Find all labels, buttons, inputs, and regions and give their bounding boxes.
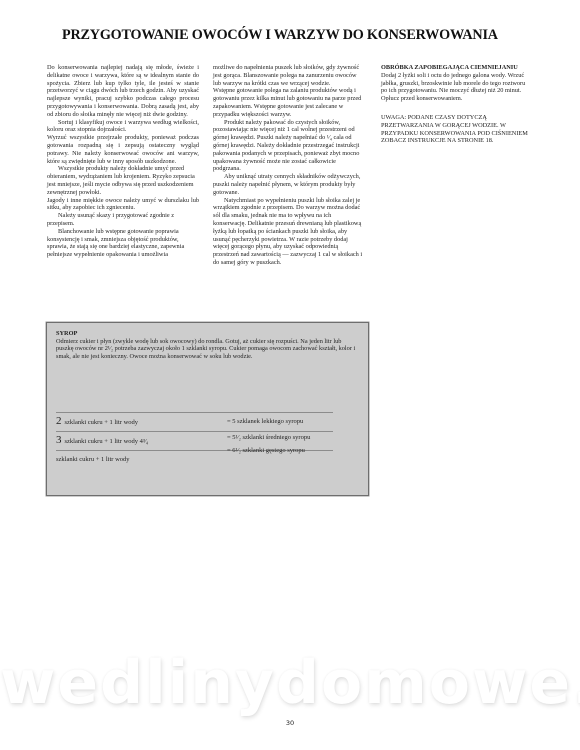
syrup-heading: SYROP xyxy=(56,330,356,338)
watermark: wedlinydomowe.pl xyxy=(0,648,580,718)
paragraph: możliwe do napełnienia puszek lub słoikó… xyxy=(213,64,365,87)
sugar-count: 2 xyxy=(56,415,62,427)
paragraph: Aby uniknąć utraty cennych składników od… xyxy=(213,173,365,196)
paragraph: Natychmiast po wypełnieniu puszki lub sł… xyxy=(213,197,365,267)
paragraph: Do konserwowania najlepiej nadają się mł… xyxy=(47,64,199,119)
processing-note: UWAGA: PODANE CZASY DOTYCZĄ PRZETWARZANI… xyxy=(381,114,533,145)
paragraph: Sortuj i klasyfikuj owoce i warzywa wedł… xyxy=(47,119,199,135)
sugar-count: 3 xyxy=(56,434,62,446)
paragraph: Wyrzuć wszystkie przejrzałe produkty, po… xyxy=(47,134,199,165)
table-rule xyxy=(56,412,333,413)
paragraph: Blanchowanie lub wstępne gotowanie popra… xyxy=(47,228,199,259)
syrup-row-left: szklanki cukru + 1 litr wody xyxy=(56,456,130,463)
syrup-row-result: = 6¹⁄₂ szklanki gęstego syropu xyxy=(227,447,305,454)
column-2: możliwe do napełnienia puszek lub słoikó… xyxy=(213,64,365,267)
syrup-row-left: 3szklanki cukru + 1 litr wody 4³⁄₄ xyxy=(56,434,148,446)
syrup-row-result: = 5¹⁄₂ szklanki średniego syropu xyxy=(227,434,310,441)
paragraph: Jagody i inne miękkie owoce należy umyć … xyxy=(47,197,199,213)
table-rule xyxy=(56,431,333,432)
page-number: 30 xyxy=(0,719,580,727)
column-3-sidebar: OBRÓBKA ZAPOBIEGAJĄCA CIEMNIEJANIU Dodaj… xyxy=(381,64,533,145)
paragraph: Należy usunąć skazy i przygotować zgodni… xyxy=(47,212,199,228)
syrup-row-result: = 5 szklanek lekkiego syropu xyxy=(227,418,303,425)
anti-browning-body: Dodaj 2 łyżki soli i octu do jednego gal… xyxy=(381,72,533,103)
anti-browning-heading: OBRÓBKA ZAPOBIEGAJĄCA CIEMNIEJANIU xyxy=(381,64,533,72)
syrup-row-left: 2szklanki cukru + 1 litr wody xyxy=(56,415,138,427)
syrup-description: SYROP Odmierz cukier i płyn (zwykle wodę… xyxy=(56,330,356,361)
column-1: Do konserwowania najlepiej nadają się mł… xyxy=(47,64,199,259)
paragraph: Wszystkie produkty należy dokładnie umyć… xyxy=(47,165,199,196)
syrup-box: SYROP Odmierz cukier i płyn (zwykle wodę… xyxy=(46,322,369,496)
paragraph: Produkt należy pakować do czystych słoik… xyxy=(213,119,365,174)
paragraph: Wstępne gotowanie polega na zalaniu prod… xyxy=(213,87,365,118)
syrup-body: Odmierz cukier i płyn (zwykle wodę lub s… xyxy=(56,338,356,361)
page-title: PRZYGOTOWANIE OWOCÓW I WARZYW DO KONSERW… xyxy=(62,27,498,44)
